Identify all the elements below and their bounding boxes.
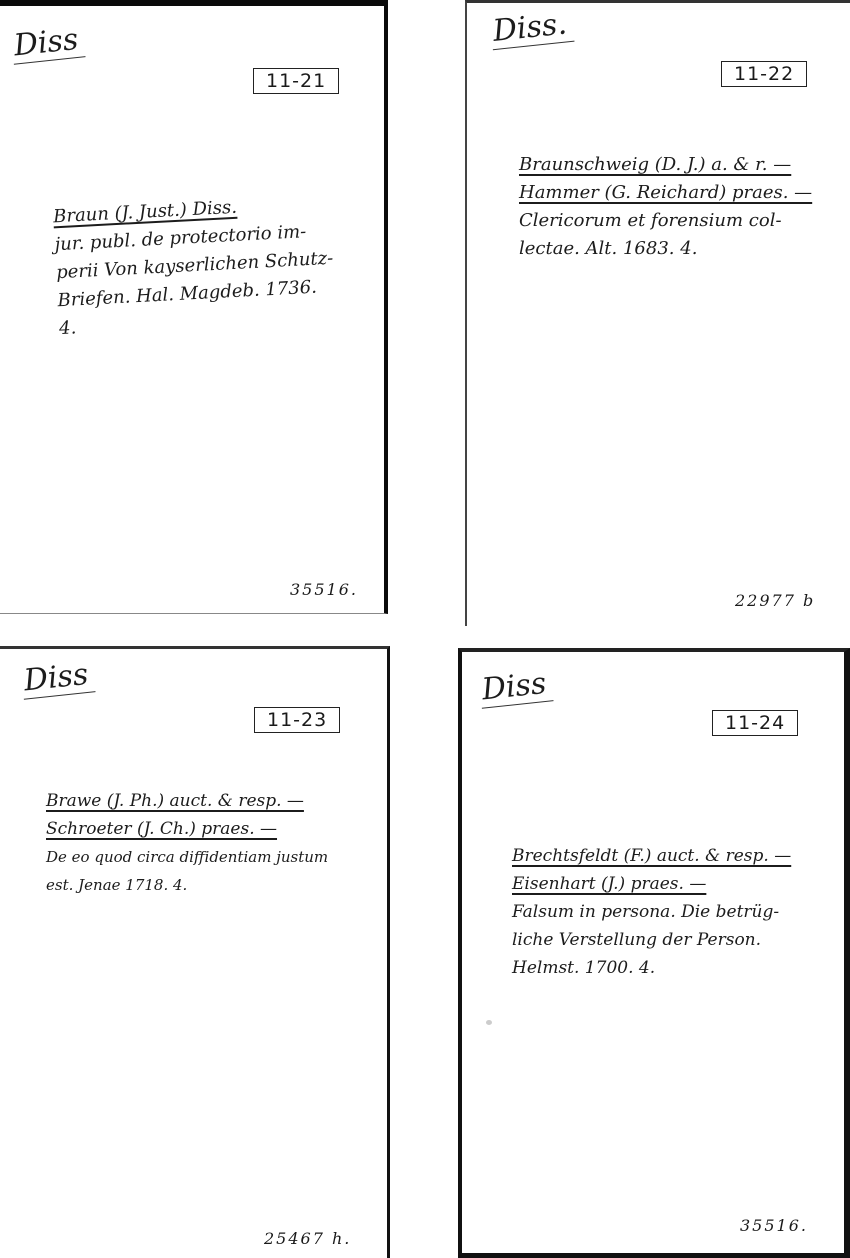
card-header-diss: Diss (478, 668, 554, 708)
entry-line: Falsum in persona. Die betrüg- (512, 898, 791, 926)
accession-number: 35516. (290, 580, 358, 599)
entry-line: liche Verstellung der Person. (512, 926, 791, 954)
entry-line: Helmst. 1700. 4. (512, 954, 791, 982)
entry-line: Eisenhart (J.) praes. — (512, 870, 791, 898)
accession-number: 22977 b (735, 591, 815, 610)
entry-line: Clericorum et forensium col- (519, 207, 812, 235)
entry-line: lectae. Alt. 1683. 4. (519, 235, 812, 263)
catalog-card-11-22: Diss. 11-22 Braunschweig (D. J.) a. & r.… (465, 0, 850, 626)
call-number: 11-22 (721, 61, 807, 87)
entry-line: Braunschweig (D. J.) a. & r. — (519, 151, 812, 179)
call-number: 11-24 (712, 710, 798, 736)
catalog-card-11-24: Diss 11-24 Brechtsfeldt (F.) auct. & res… (458, 648, 850, 1258)
call-number: 11-21 (253, 68, 339, 94)
call-number: 11-23 (254, 707, 340, 733)
paper-speck (486, 1020, 492, 1025)
entry-line: Hammer (G. Reichard) praes. — (519, 179, 812, 207)
bibliographic-entry: Brechtsfeldt (F.) auct. & resp. — Eisenh… (512, 842, 791, 982)
card-header-diss: Diss. (489, 9, 574, 50)
entry-line: Brechtsfeldt (F.) auct. & resp. — (512, 842, 791, 870)
bibliographic-entry: Braunschweig (D. J.) a. & r. — Hammer (G… (519, 151, 812, 263)
catalog-card-11-21: Diss 11-21 Braun (J. Just.) Diss. jur. p… (0, 0, 388, 614)
entry-line: De eo quod circa diffidentiam justum (46, 843, 328, 871)
catalog-card-11-23: Diss 11-23 Brawe (J. Ph.) auct. & resp. … (0, 646, 390, 1258)
bibliographic-entry: Braun (J. Just.) Diss. jur. publ. de pro… (53, 189, 337, 343)
accession-number: 35516. (740, 1216, 808, 1235)
card-header-diss: Diss (20, 659, 96, 699)
card-header-diss: Diss (10, 24, 86, 64)
entry-line: Brawe (J. Ph.) auct. & resp. — (46, 787, 328, 815)
accession-number: 25467 h. (264, 1229, 351, 1248)
bibliographic-entry: Brawe (J. Ph.) auct. & resp. — Schroeter… (46, 787, 328, 899)
entry-line: est. Jenae 1718. 4. (46, 871, 328, 899)
entry-line: Schroeter (J. Ch.) praes. — (46, 815, 328, 843)
